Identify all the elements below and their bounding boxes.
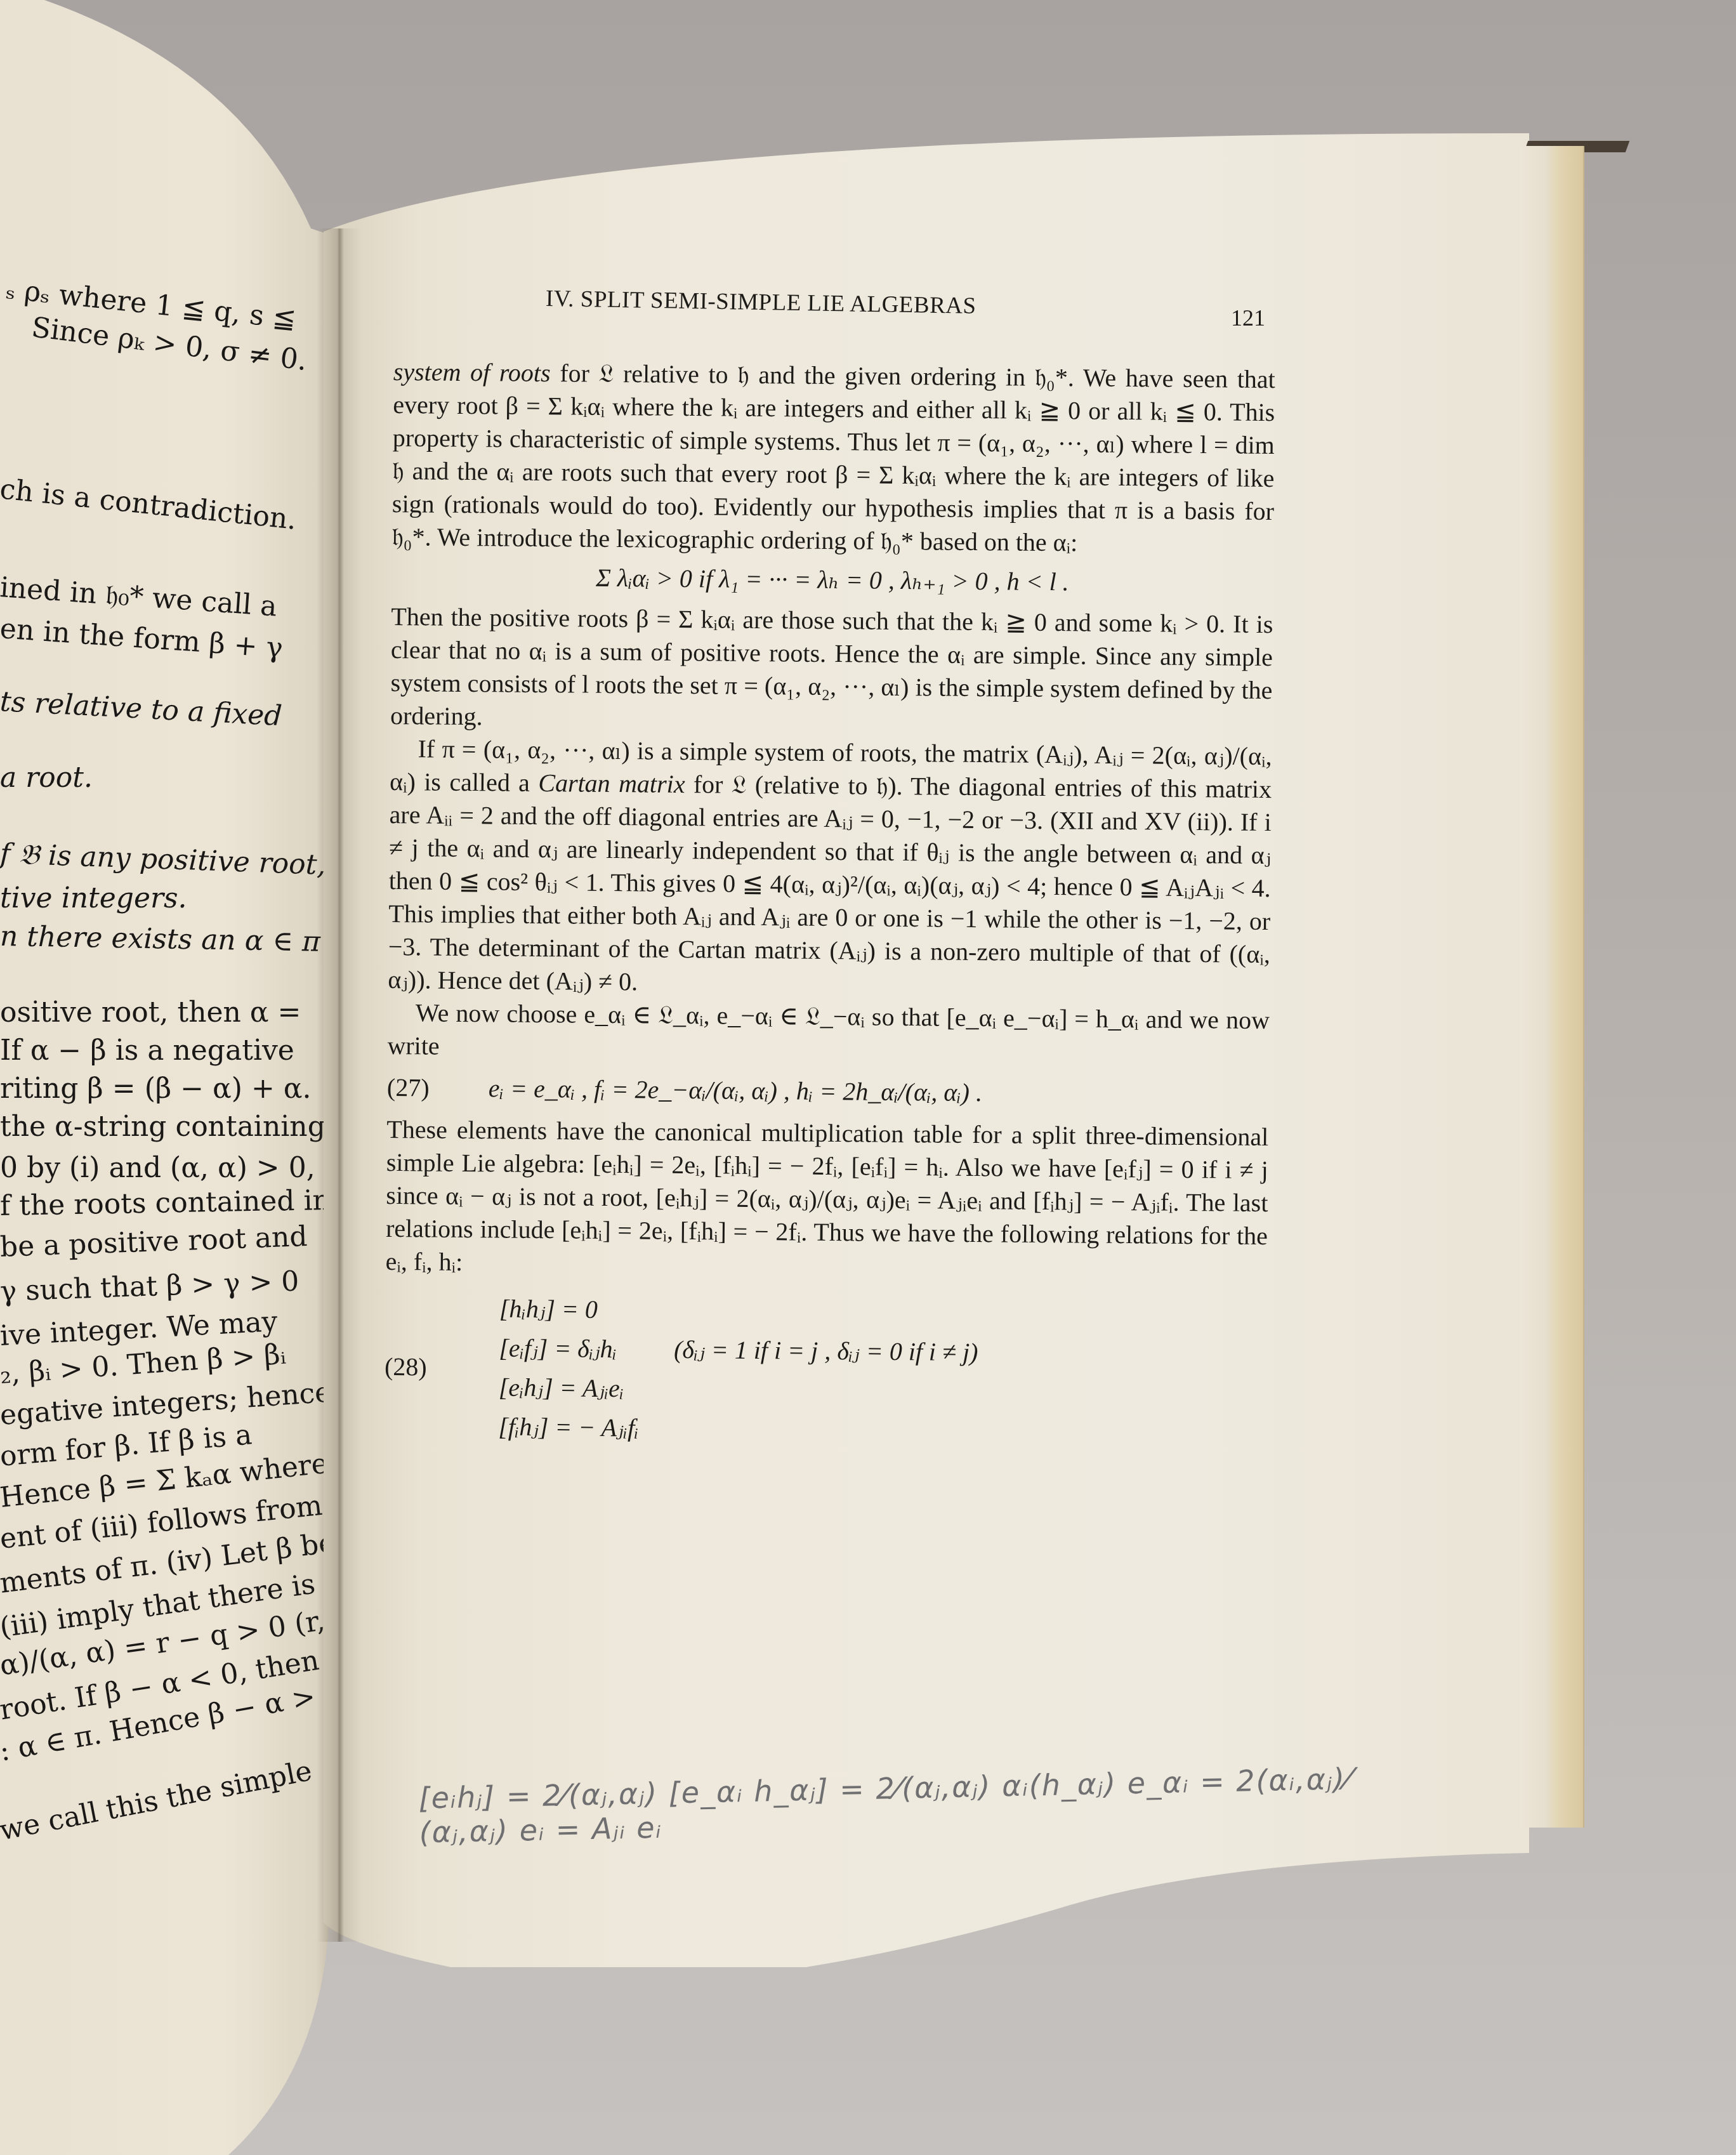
paragraph-4: We now choose e_αᵢ ∈ 𝔏_αᵢ, e_−αᵢ ∈ 𝔏_−αᵢ…: [387, 996, 1270, 1070]
left-page-line: If α − β is a negative: [0, 1034, 294, 1067]
left-page-line: f 𝔅 is any positive root,: [0, 838, 326, 881]
left-page-line: ts relative to a fixed: [0, 685, 283, 732]
gutter-shadow: [317, 228, 362, 1942]
equation-line: [eᵢfⱼ] = δᵢⱼhᵢ (δᵢⱼ = 1 if i = j , δᵢⱼ =…: [499, 1329, 978, 1373]
equation-line: [hᵢhⱼ] = 0: [499, 1289, 979, 1333]
italic-term-cartan-matrix: Cartan matrix: [538, 768, 685, 798]
equation-number: (28): [385, 1350, 499, 1385]
left-page-line: ositive root, then α =: [0, 996, 301, 1029]
left-page-line: n there exists an α ∈ π: [0, 920, 320, 958]
equation-number: (27): [387, 1071, 489, 1105]
left-page-line: riting β = (β − α) + α.: [0, 1072, 312, 1105]
book-photo: ₛ ρₛ where 1 ≦ q, s ≦Since ρₖ > 0, σ ≠ 0…: [0, 0, 1736, 2155]
left-page-text: ₛ ρₛ where 1 ≦ q, s ≦Since ρₖ > 0, σ ≠ 0…: [0, 0, 330, 1904]
page-number: 121: [1231, 305, 1265, 331]
left-page-line: γ such that β > γ > 0: [0, 1265, 299, 1308]
paragraph-1: system of roots for 𝔏 relative to 𝔥 and …: [391, 355, 1275, 561]
left-page-line: we call this the simple: [0, 1755, 315, 1847]
equation-body: eᵢ = e_αᵢ , fᵢ = 2e_−αᵢ/(αᵢ, αᵢ) , hᵢ = …: [489, 1072, 983, 1109]
paragraph-5: These elements have the canonical multip…: [385, 1113, 1268, 1286]
equation-27: (27) eᵢ = e_αᵢ , fᵢ = 2e_−αᵢ/(αᵢ, αᵢ) , …: [387, 1071, 1269, 1112]
page-edges: [1520, 146, 1584, 1828]
left-page-line: f the roots contained in: [0, 1184, 331, 1222]
equation-lines: [hᵢhⱼ] = 0 [eᵢfⱼ] = δᵢⱼhᵢ (δᵢⱼ = 1 if i …: [498, 1289, 978, 1451]
left-page-line: the α-string containing: [0, 1110, 325, 1143]
display-equation-ordering: Σ λᵢαᵢ > 0 if λ₁ = ··· = λₕ = 0 , λₕ₊₁ >…: [391, 560, 1273, 600]
equation-28: (28) [hᵢhⱼ] = 0 [eᵢfⱼ] = δᵢⱼhᵢ (δᵢⱼ = 1 …: [384, 1288, 1267, 1453]
left-page-line: a root.: [0, 761, 93, 794]
left-page-line: 0 by (i) and (α, α) > 0,: [0, 1152, 315, 1184]
left-page-line: ch is a contradiction.: [0, 473, 298, 536]
kronecker-delta-note: (δᵢⱼ = 1 if i = j , δᵢⱼ = 0 if i ≠ j): [674, 1330, 978, 1372]
italic-term: system of roots: [393, 357, 551, 387]
equation-line: [fᵢhⱼ] = − Aⱼᵢfᵢ: [498, 1407, 978, 1451]
equation-line: [eᵢhⱼ] = Aⱼᵢeᵢ: [499, 1368, 978, 1412]
left-page-line: be a positive root and: [0, 1220, 308, 1263]
left-page-line: tive integers.: [0, 882, 187, 914]
right-page-body: system of roots for 𝔏 relative to 𝔥 and …: [384, 355, 1275, 1453]
paragraph-3: If π = (α₁, α₂, ···, αₗ) is a simple sys…: [388, 732, 1272, 1004]
paragraph-2: Then the positive roots β = Σ kᵢαᵢ are t…: [390, 600, 1273, 740]
